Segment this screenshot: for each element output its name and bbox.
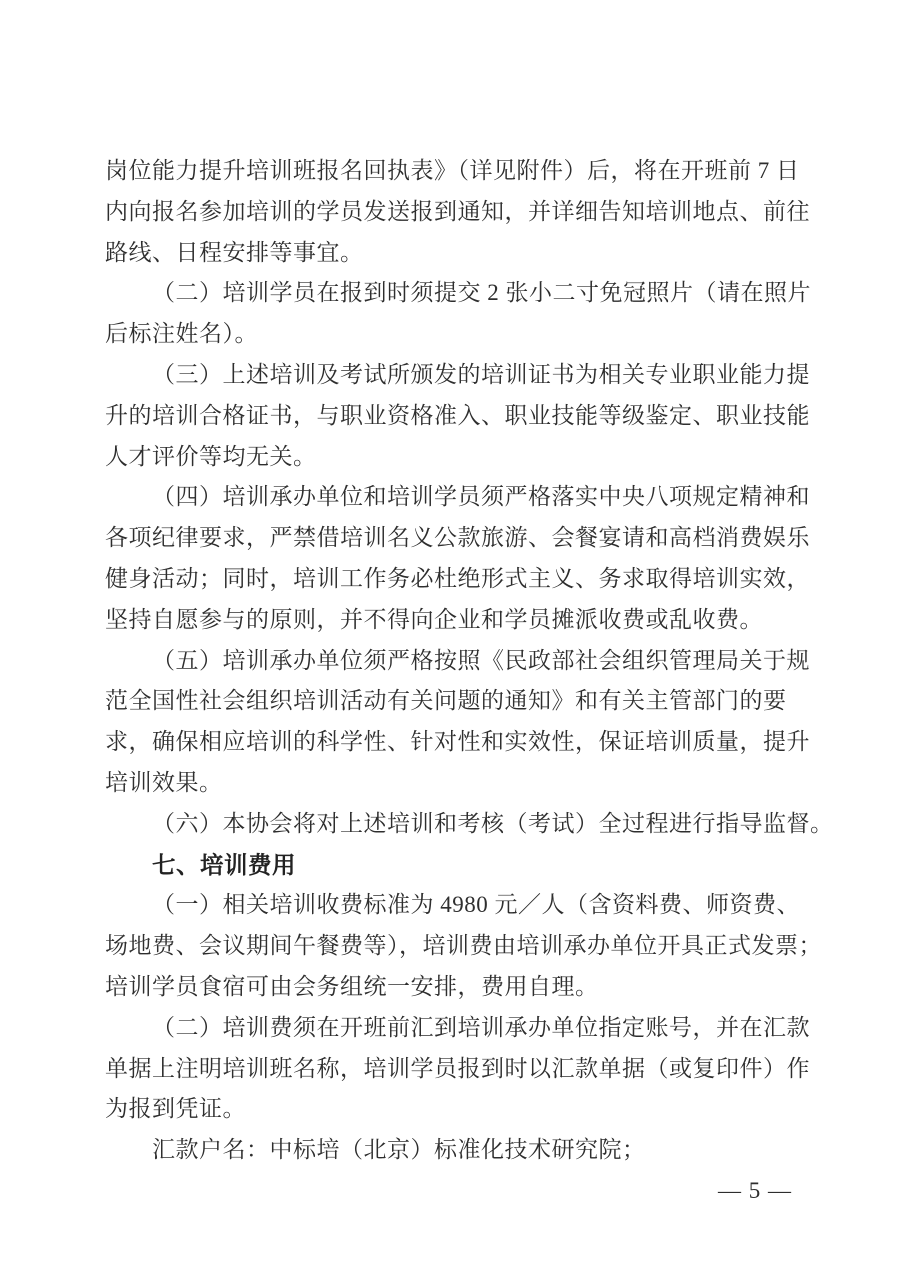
- text-line: 岗位能力提升培训班报名回执表》（详见附件）后，将在开班前 7 日: [105, 151, 811, 192]
- document-body: 岗位能力提升培训班报名回执表》（详见附件）后，将在开班前 7 日内向报名参加培训…: [105, 151, 811, 1171]
- text-line: （二）培训费须在开班前汇到培训承办单位指定账号，并在汇款: [105, 1008, 811, 1049]
- text-line: 场地费、会议期间午餐费等），培训费由培训承办单位开具正式发票；: [105, 926, 811, 967]
- text-line: 范全国性社会组织培训活动有关问题的通知》和有关主管部门的要: [105, 681, 811, 722]
- text-line: 内向报名参加培训的学员发送报到通知，并详细告知培训地点、前往: [105, 192, 811, 233]
- text-line: （四）培训承办单位和培训学员须严格落实中央八项规定精神和: [105, 477, 811, 518]
- text-line: 路线、日程安排等事宜。: [105, 233, 811, 274]
- text-line: 坚持自愿参与的原则，并不得向企业和学员摊派收费或乱收费。: [105, 600, 811, 641]
- page-number: — 5 —: [718, 1176, 792, 1206]
- text-line: 后标注姓名）。: [105, 314, 811, 355]
- text-line: 求，确保相应培训的科学性、针对性和实效性，保证培训质量，提升: [105, 722, 811, 763]
- text-line: （五）培训承办单位须严格按照《民政部社会组织管理局关于规: [105, 641, 811, 682]
- text-line: 培训效果。: [105, 763, 811, 804]
- text-line: 升的培训合格证书，与职业资格准入、职业技能等级鉴定、职业技能: [105, 396, 811, 437]
- text-line: 人才评价等均无关。: [105, 437, 811, 478]
- text-line: 培训学员食宿可由会务组统一安排，费用自理。: [105, 967, 811, 1008]
- text-line: 健身活动；同时，培训工作务必杜绝形式主义、务求取得培训实效，: [105, 559, 811, 600]
- text-line: （二）培训学员在报到时须提交 2 张小二寸免冠照片（请在照片: [105, 273, 811, 314]
- text-line: 为报到凭证。: [105, 1089, 811, 1130]
- text-line: （六）本协会将对上述培训和考核（考试）全过程进行指导监督。: [105, 804, 811, 845]
- text-line: 各项纪律要求，严禁借培训名义公款旅游、会餐宴请和高档消费娱乐: [105, 518, 811, 559]
- section-heading: 七、培训费用: [105, 845, 811, 886]
- text-line: 单据上注明培训班名称，培训学员报到时以汇款单据（或复印件）作: [105, 1049, 811, 1090]
- text-line: （一）相关培训收费标准为 4980 元／人（含资料费、师资费、: [105, 885, 811, 926]
- document-page: 岗位能力提升培训班报名回执表》（详见附件）后，将在开班前 7 日内向报名参加培训…: [0, 0, 900, 1273]
- text-line: 汇款户名：中标培（北京）标准化技术研究院；: [105, 1130, 811, 1171]
- text-line: （三）上述培训及考试所颁发的培训证书为相关专业职业能力提: [105, 355, 811, 396]
